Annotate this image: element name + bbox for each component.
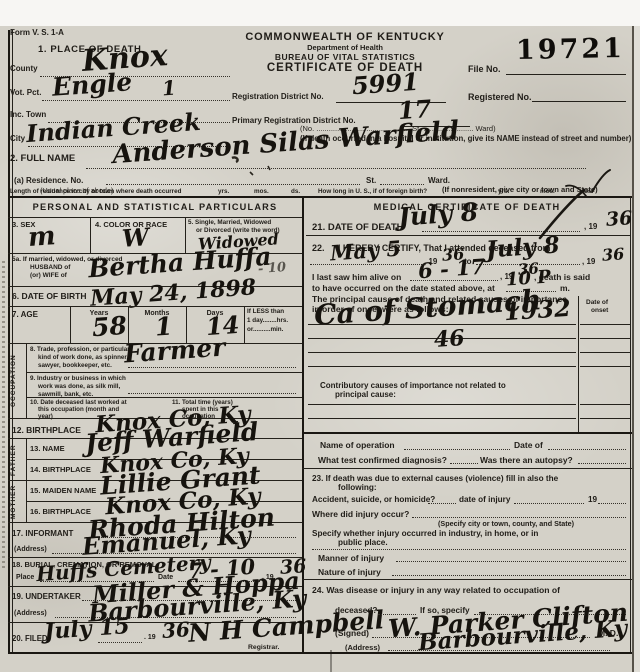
death-certificate-scan: Form V. S. 1-A 1. PLACE OF DEATH County …: [0, 0, 640, 672]
pen-flourish: [0, 0, 640, 672]
